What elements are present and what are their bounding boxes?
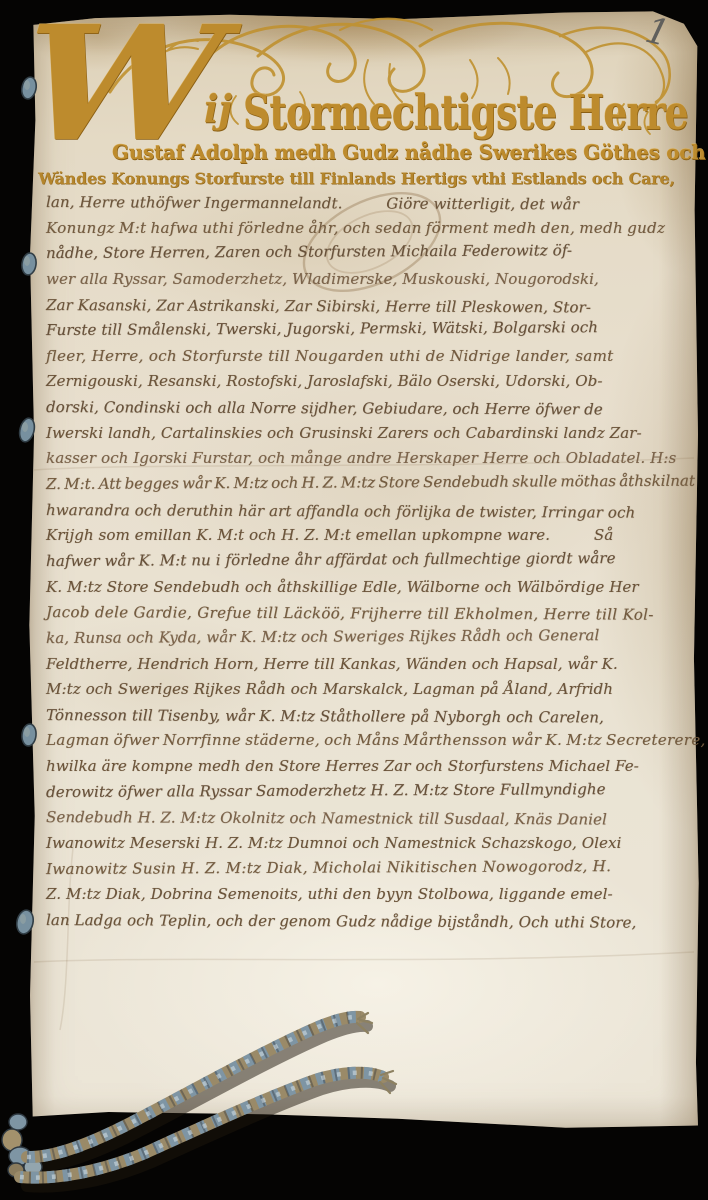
sealing-cords — [0, 0, 708, 1200]
photograph-background: W ij Stormechtigste Herre Gustaf Adolph … — [0, 0, 708, 1200]
cord-knot — [2, 1114, 42, 1177]
cord-shadows — [27, 1026, 390, 1187]
